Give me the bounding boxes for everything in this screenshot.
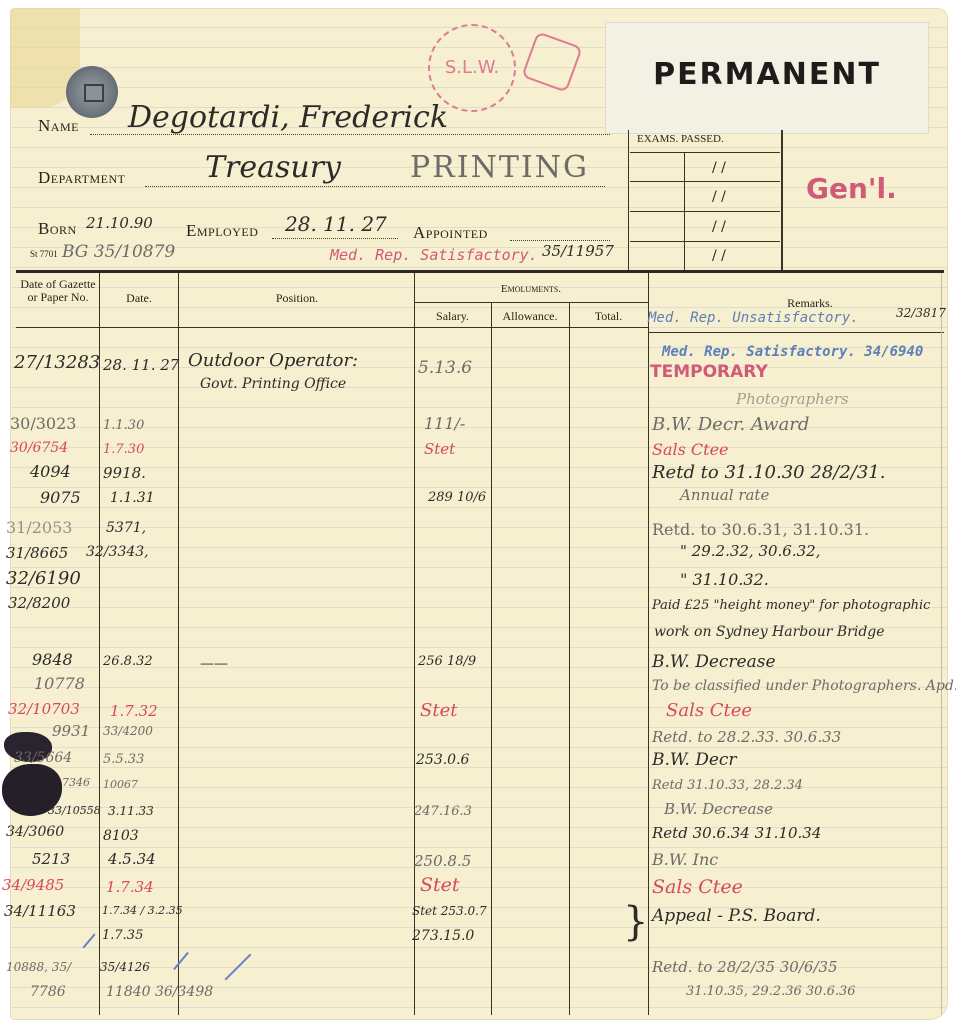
born-value: 21.10.90: [86, 214, 153, 232]
row-0-gazette: 27/13283: [14, 352, 100, 373]
med-rep-reference: 35/11957: [542, 242, 614, 260]
brace-icon: }: [623, 900, 648, 944]
row-6-gazette: 9075: [40, 488, 81, 507]
col-divider-gazette: [99, 273, 100, 1015]
row-16-gazette: 33/5664: [14, 750, 72, 766]
exams-row-line: [630, 241, 780, 242]
col-header-allowance: Allowance.: [491, 310, 569, 323]
row-23-salary: 273.15.0: [412, 928, 474, 944]
row-3-date: 1.1.30: [103, 418, 144, 433]
row-23-date: 1.7.35: [102, 928, 143, 943]
row-18-date: 3.11.33: [108, 804, 154, 818]
col-header-position: Position.: [180, 292, 414, 305]
row-5-date: 9918.: [103, 464, 146, 482]
row-13-gazette: 10778: [34, 674, 85, 693]
row-9-gazette: 32/6190: [6, 568, 81, 589]
genl-stamp: Gen'l.: [806, 172, 897, 205]
col-header-remarks: Remarks.: [720, 297, 900, 310]
slw-stamp: S.L.W.: [428, 24, 516, 112]
row-12-salary: 256 18/9: [418, 654, 476, 669]
row-4-salary: Stet: [424, 440, 455, 458]
row-12-date: 26.8.32: [103, 654, 153, 669]
department-line: [145, 186, 605, 187]
temporary-stamp: TEMPORARY: [650, 362, 768, 382]
row-3-salary: 111/-: [424, 414, 465, 433]
file-reference: BG 35/10879: [62, 242, 175, 262]
metal-eyelet-icon: [66, 66, 118, 118]
row-4-date: 1.7.30: [103, 442, 144, 457]
med-rep-satisfactory-stamp: Med. Rep. Satisfactory.: [330, 246, 538, 264]
col-header-date: Date.: [100, 292, 178, 305]
employed-label: Employed: [186, 221, 258, 241]
exam-row: / /: [712, 189, 726, 205]
med-rep-unsatisfactory-ref: 32/3817: [896, 306, 946, 320]
row-18-remarks: B.W. Decrease: [664, 800, 773, 818]
exams-row-line: [630, 211, 780, 212]
exams-passed-label: EXAMS. PASSED.: [637, 133, 724, 145]
row-18-salary: 247.16.3: [414, 804, 472, 819]
department-label: Department: [38, 168, 125, 188]
department-value: Treasury: [205, 150, 341, 185]
row-10-gazette: 32/8200: [8, 594, 70, 612]
row-14-gazette: 32/10703: [8, 700, 80, 718]
row-7-gazette: 31/2053: [6, 518, 72, 537]
row-9-remarks: " 31.10.32.: [680, 570, 769, 589]
row-20-remarks: B.W. Inc: [652, 850, 718, 869]
row-15-remarks: Retd. to 28.2.33. 30.6.33: [652, 728, 841, 746]
col-divider-salary: [491, 302, 492, 1015]
row-25-gazette: 7786: [30, 984, 66, 1000]
row-5-remarks: Retd to 31.10.30 28/2/31.: [652, 462, 885, 483]
row-15-gazette: 9931: [52, 722, 90, 740]
row-3-gazette: 30/3023: [10, 414, 76, 433]
row-4-remarks: Sals Ctee: [652, 440, 729, 459]
row-5-gazette: 4094: [30, 462, 71, 481]
row-6-salary: 289 10/6: [428, 490, 486, 505]
row-17-remarks: Retd 31.10.33, 28.2.34: [652, 778, 803, 793]
row-16-salary: 253.0.6: [416, 752, 469, 768]
row-0-position-line2: Govt. Printing Office: [200, 376, 346, 392]
exams-header-line: [630, 152, 780, 153]
born-label: Born: [38, 219, 77, 239]
name-value: Degotardi, Frederick: [128, 100, 448, 135]
row-17-date: 10067: [103, 778, 138, 791]
row-20-gazette: 5213: [32, 850, 70, 868]
employed-line: [272, 238, 398, 239]
row-19-date: 8103: [103, 828, 139, 844]
row-20-salary: 250.8.5: [414, 852, 471, 870]
row-24-date: 35/4126: [100, 960, 150, 974]
row-8-remarks: " 29.2.32, 30.6.32,: [680, 542, 820, 560]
col-divider-allowance: [569, 302, 570, 1015]
med-rep-unsatisfactory-stamp: Med. Rep. Unsatisfactory.: [648, 310, 859, 326]
name-label: Name: [38, 116, 79, 136]
col-header-gazette: Date of Gazette or Paper No.: [18, 278, 98, 304]
row-18-gazette: 33/10558: [48, 804, 101, 817]
exam-row: / /: [712, 219, 726, 235]
department-value-2: PRINTING: [410, 150, 589, 185]
row-4-gazette: 30/6754: [10, 440, 68, 456]
row-14-remarks: Sals Ctee: [666, 700, 752, 721]
row-24-gazette: 10888, 35/: [6, 960, 71, 974]
row-16-remarks: B.W. Decr: [652, 750, 737, 770]
row-14-salary: Stet: [420, 700, 457, 721]
row-10-remarks: Paid £25 "height money" for photographic: [652, 598, 930, 613]
row-21-date: 1.7.34: [106, 878, 154, 896]
row-6-remarks: Annual rate: [680, 486, 769, 504]
row-13-remarks: To be classified under Photographers. Ap…: [652, 678, 956, 694]
row-17-gazette: 7346: [62, 776, 90, 789]
row-8-date: 32/3343,: [86, 544, 149, 560]
row-22-remarks: Appeal - P.S. Board.: [652, 906, 821, 926]
permanent-text: PERMANENT: [606, 57, 928, 92]
row-16-date: 5.5.33: [103, 752, 144, 767]
row-19-remarks: Retd 30.6.34 31.10.34: [652, 824, 821, 842]
row-7-remarks: Retd. to 30.6.31, 31.10.31.: [652, 520, 869, 539]
row-21-gazette: 34/9485: [2, 876, 64, 894]
row-8-gazette: 31/8665: [6, 544, 68, 562]
row-0-salary: 5.13.6: [418, 358, 472, 378]
row-25-remarks: 31.10.35, 29.2.36 30.6.36: [686, 984, 856, 999]
row-24-remarks: Retd. to 28/2/35 30/6/35: [652, 958, 838, 976]
photographers-note: Photographers: [736, 390, 849, 408]
row-0-position: Outdoor Operator:: [188, 350, 358, 371]
row-0-remarks: Med. Rep. Satisfactory. 34/6940: [662, 344, 923, 360]
row-19-gazette: 34/3060: [6, 824, 64, 840]
row-22-date: 1.7.34 / 3.2.35: [102, 904, 183, 917]
row-14-date: 1.7.32: [110, 702, 158, 720]
row-12-remarks: B.W. Decrease: [652, 652, 776, 672]
row-6-date: 1.1.31: [110, 490, 155, 506]
row-22-salary: Stet 253.0.7: [412, 904, 487, 918]
exams-row-line: [630, 181, 780, 182]
exam-row: / /: [712, 160, 726, 176]
emoluments-sub-rule: [414, 302, 648, 303]
row-12-gazette: 9848: [32, 650, 73, 669]
row-25-date: 11840 36/3498: [106, 984, 213, 1000]
row-7-date: 5371,: [106, 520, 146, 536]
table-top-rule: [16, 270, 944, 273]
col-header-salary: Salary.: [414, 310, 491, 323]
table-header-rule: [16, 327, 648, 328]
row-15-date: 33/4200: [103, 724, 153, 738]
exams-box-left: [628, 130, 629, 270]
exam-row: / /: [712, 248, 726, 264]
row-3-remarks: B.W. Decr. Award: [652, 414, 809, 435]
row-21-remarks: Sals Ctee: [652, 876, 743, 898]
col-header-total: Total.: [569, 310, 648, 323]
form-number: St 7701: [30, 249, 58, 259]
exams-box-right: [781, 130, 783, 270]
permanent-label: PERMANENT: [605, 22, 929, 134]
appointed-line: [510, 240, 610, 241]
row-22-gazette: 34/11163: [4, 902, 76, 920]
col-header-emoluments: Emoluments.: [414, 283, 648, 296]
row-11-remarks: work on Sydney Harbour Bridge: [654, 624, 885, 640]
employed-value: 28. 11. 27: [285, 212, 387, 236]
card-right-edge: [941, 273, 942, 1015]
row-12-position: ——: [200, 656, 228, 672]
remarks-header-rule: [648, 332, 944, 333]
appointed-label: Appointed: [413, 223, 488, 243]
row-20-date: 4.5.34: [108, 850, 156, 868]
row-21-salary: Stet: [420, 874, 460, 896]
row-0-date: 28. 11. 27: [103, 356, 179, 374]
